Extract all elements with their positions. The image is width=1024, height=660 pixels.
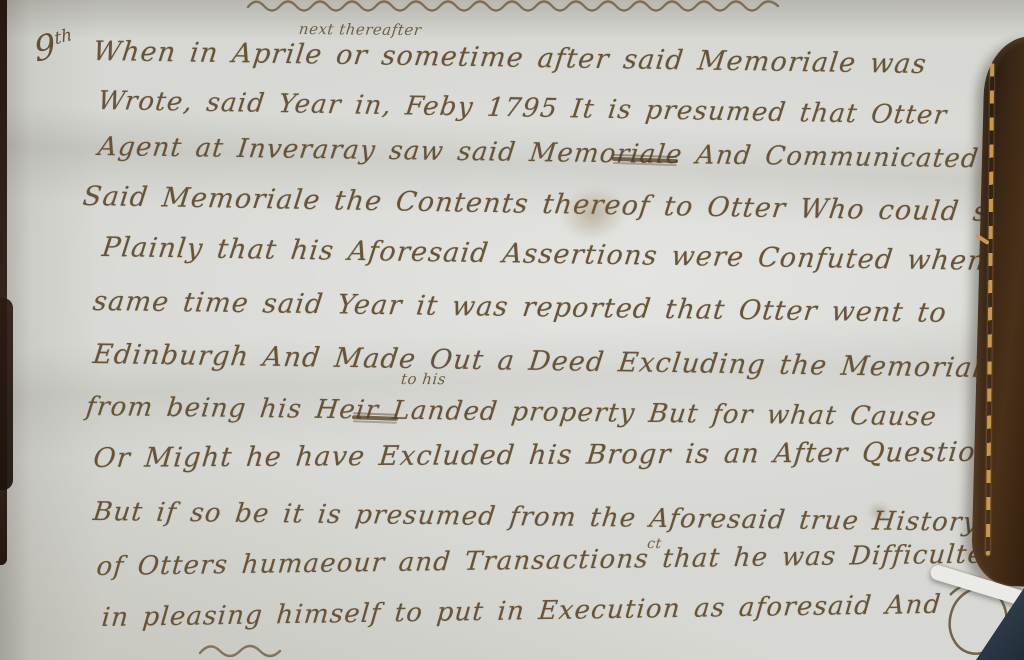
- interlinear-insertion: next thereafter: [298, 20, 423, 39]
- stitching: [986, 63, 994, 555]
- margin-number: 9th: [32, 21, 76, 70]
- leather-binding: [971, 35, 1024, 586]
- manuscript-line: Agent at Inveraray saw said Memoriale An…: [96, 132, 980, 174]
- manuscript-line: Edinburgh And Made Out a Deed Excluding …: [91, 339, 1021, 384]
- manuscript-line: Said Memoriale the Contents thereof to O…: [81, 181, 1024, 228]
- manuscript-line: Plainly that his Aforesaid Assertions we…: [100, 232, 988, 277]
- left-binding-edge: [0, 298, 13, 490]
- manuscript-line: from being his Heir Landed property But …: [84, 392, 938, 432]
- manuscript-line: Wrote, said Year in, Feby 1795 It is pre…: [96, 86, 949, 131]
- interlinear-insertion: to his: [400, 370, 447, 388]
- manuscript-line: same time said Year it was reported that…: [91, 286, 949, 329]
- manuscript-line: But if so be it is presumed from the Afo…: [91, 497, 980, 538]
- stitch-thread: [975, 233, 990, 245]
- manuscript-line: Or Might he have Excluded his Brogr is a…: [92, 437, 996, 474]
- manuscript-line: in pleasing himself to put in Execution …: [100, 590, 942, 633]
- interlinear-insertion: ct: [646, 536, 662, 552]
- manuscript-line: When in Aprile or sometime after said Me…: [91, 36, 928, 80]
- cropped-line-fragment-top: [246, 0, 786, 15]
- margin-number-suffix: th: [53, 25, 73, 49]
- manuscript-photo: 9th When in Aprile or sometime after sai…: [0, 0, 1024, 660]
- cropped-line-fragment-bottom: [196, 641, 292, 659]
- manuscript-line: of Otters humaeour and Transactions that…: [95, 539, 1003, 582]
